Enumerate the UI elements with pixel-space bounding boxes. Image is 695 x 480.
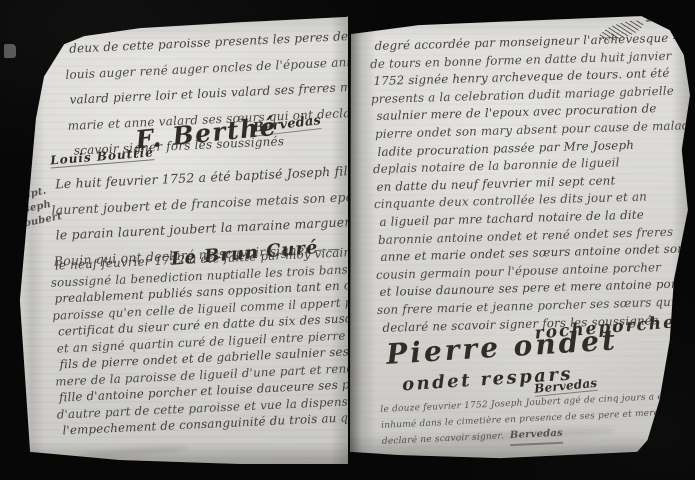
ink-bleed-through [536, 444, 656, 460]
right-page-content: degré accordée par monseigneur l'archeve… [344, 7, 695, 468]
scanner-edge-paper-tab [4, 44, 16, 58]
marriage-record-continuation-paragraph: degré accordée par monseigneur l'archeve… [374, 29, 695, 337]
ink-dash-flourish [646, 16, 680, 22]
scanned-register-spread: deux de cette paroisse presents les pere… [0, 0, 695, 480]
ink-bleed-through [77, 444, 187, 461]
left-page: deux de cette paroisse presents les pere… [8, 16, 348, 464]
burial-note-paragraph: le douze feuvrier 1752 Joseph Joubert ag… [380, 388, 695, 452]
right-page: degré accordée par monseigneur l'archeve… [350, 12, 692, 464]
left-page-content: deux de cette paroisse presents les pere… [0, 9, 358, 472]
